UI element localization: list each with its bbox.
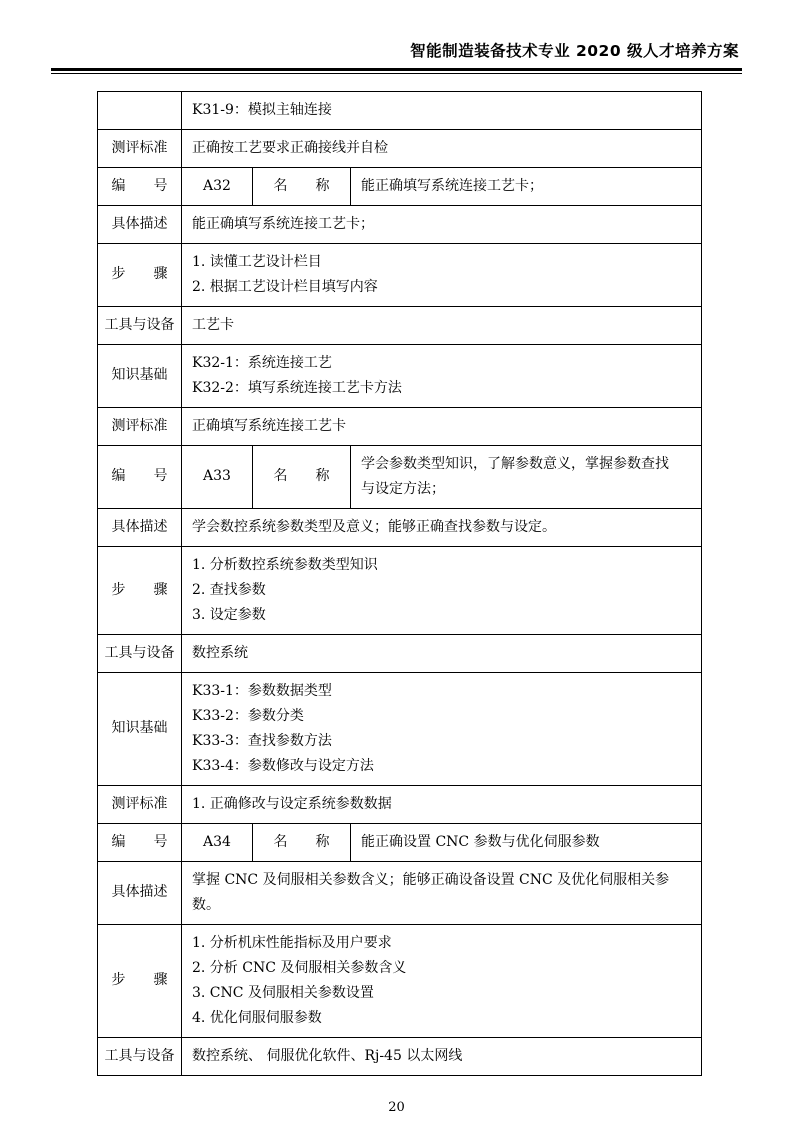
table-row: 具体描述能正确填写系统连接工艺卡；	[98, 205, 702, 243]
name-label: 名 称	[253, 167, 351, 205]
text-line: 2. 根据工艺设计栏目填写内容	[192, 275, 681, 300]
row-content: 1. 读懂工艺设计栏目2. 根据工艺设计栏目填写内容	[182, 243, 702, 306]
row-label: 具体描述	[98, 508, 182, 546]
row-label: 工具与设备	[98, 306, 182, 344]
row-content: 1. 分析数控系统参数类型知识2. 查找参数3. 设定参数	[182, 546, 702, 634]
table-row: 测评标准正确按工艺要求正确接线并自检	[98, 129, 702, 167]
name-label: 名 称	[253, 823, 351, 861]
task-name: 能正确填写系统连接工艺卡；	[351, 167, 702, 205]
row-content: K31-9：模拟主轴连接	[182, 91, 702, 129]
text-line: K33-1：参数数据类型	[192, 679, 681, 704]
row-label: 测评标准	[98, 407, 182, 445]
row-label: 编 号	[98, 823, 182, 861]
row-content: 正确按工艺要求正确接线并自检	[182, 129, 702, 167]
table-row: 知识基础K33-1：参数数据类型K33-2：参数分类K33-3：查找参数方法K3…	[98, 672, 702, 785]
text-line: K33-3：查找参数方法	[192, 729, 681, 754]
table-row: 编 号A34名 称能正确设置 CNC 参数与优化伺服参数	[98, 823, 702, 861]
table-row: 步 骤1. 读懂工艺设计栏目2. 根据工艺设计栏目填写内容	[98, 243, 702, 306]
text-line: K31-9：模拟主轴连接	[192, 98, 681, 123]
row-label: 具体描述	[98, 861, 182, 924]
header-rule-thin-line	[51, 73, 742, 74]
table-row: 步 骤1. 分析机床性能指标及用户要求2. 分析 CNC 及伺服相关参数含义3.…	[98, 924, 702, 1037]
text-line: 能正确填写系统连接工艺卡；	[192, 212, 681, 237]
row-content: 学会数控系统参数类型及意义；能够正确查找参数与设定。	[182, 508, 702, 546]
text-line: 1. 分析数控系统参数类型知识	[192, 553, 681, 578]
table-row: 具体描述学会数控系统参数类型及意义；能够正确查找参数与设定。	[98, 508, 702, 546]
text-line: K32-2：填写系统连接工艺卡方法	[192, 376, 681, 401]
page-header: 智能制造装备技术专业 2020 级人才培养方案	[0, 0, 793, 74]
table-row: 具体描述掌握 CNC 及伺服相关参数含义；能够正确设备设置 CNC 及优化伺服相…	[98, 861, 702, 924]
text-line: 学会参数类型知识，了解参数意义，掌握参数查找与设定方法；	[361, 452, 681, 502]
table-row: 步 骤1. 分析数控系统参数类型知识2. 查找参数3. 设定参数	[98, 546, 702, 634]
row-content: 工艺卡	[182, 306, 702, 344]
table-row: 工具与设备工艺卡	[98, 306, 702, 344]
row-label: 步 骤	[98, 243, 182, 306]
row-label: 编 号	[98, 445, 182, 508]
header-title: 智能制造装备技术专业 2020 级人才培养方案	[0, 42, 739, 60]
text-line: K33-2：参数分类	[192, 704, 681, 729]
text-line: 4. 优化伺服伺服参数	[192, 1006, 681, 1031]
text-line: 数控系统、 伺服优化软件、Rj-45 以太网线	[192, 1044, 681, 1069]
row-label: 步 骤	[98, 924, 182, 1037]
table-row: K31-9：模拟主轴连接	[98, 91, 702, 129]
row-content: 1. 正确修改与设定系统参数数据	[182, 785, 702, 823]
text-line: 2. 查找参数	[192, 578, 681, 603]
page-number: 20	[0, 1100, 793, 1115]
text-line: 掌握 CNC 及伺服相关参数含义；能够正确设备设置 CNC 及优化伺服相关参数。	[192, 868, 681, 918]
row-content: 1. 分析机床性能指标及用户要求2. 分析 CNC 及伺服相关参数含义3. CN…	[182, 924, 702, 1037]
text-line: 学会数控系统参数类型及意义；能够正确查找参数与设定。	[192, 515, 681, 540]
text-line: 1. 正确修改与设定系统参数数据	[192, 792, 681, 817]
table-row: 工具与设备数控系统	[98, 634, 702, 672]
row-content: 能正确填写系统连接工艺卡；	[182, 205, 702, 243]
task-code: A32	[182, 167, 253, 205]
table-row: 工具与设备数控系统、 伺服优化软件、Rj-45 以太网线	[98, 1037, 702, 1075]
text-line: K33-4：参数修改与设定方法	[192, 754, 681, 779]
row-label: 测评标准	[98, 785, 182, 823]
row-label: 步 骤	[98, 546, 182, 634]
task-name: 学会参数类型知识，了解参数意义，掌握参数查找与设定方法；	[351, 445, 702, 508]
text-line: 1. 读懂工艺设计栏目	[192, 250, 681, 275]
row-content: 掌握 CNC 及伺服相关参数含义；能够正确设备设置 CNC 及优化伺服相关参数。	[182, 861, 702, 924]
training-task-table-body: K31-9：模拟主轴连接测评标准正确按工艺要求正确接线并自检编 号A32名 称能…	[98, 91, 702, 1075]
row-content: 数控系统、 伺服优化软件、Rj-45 以太网线	[182, 1037, 702, 1075]
text-line: 1. 分析机床性能指标及用户要求	[192, 931, 681, 956]
task-code: A33	[182, 445, 253, 508]
text-line: 能正确设置 CNC 参数与优化伺服参数	[361, 830, 681, 855]
row-label: 测评标准	[98, 129, 182, 167]
text-line: 正确填写系统连接工艺卡	[192, 414, 681, 439]
text-line: K32-1：系统连接工艺	[192, 351, 681, 376]
text-line: 正确按工艺要求正确接线并自检	[192, 136, 681, 161]
document-page: 智能制造装备技术专业 2020 级人才培养方案 K31-9：模拟主轴连接测评标准…	[0, 0, 793, 1122]
text-line: 3. 设定参数	[192, 603, 681, 628]
row-content: 数控系统	[182, 634, 702, 672]
task-name: 能正确设置 CNC 参数与优化伺服参数	[351, 823, 702, 861]
table-row: 测评标准1. 正确修改与设定系统参数数据	[98, 785, 702, 823]
row-label: 知识基础	[98, 672, 182, 785]
text-line: 工艺卡	[192, 313, 681, 338]
text-line: 3. CNC 及伺服相关参数设置	[192, 981, 681, 1006]
row-label: 编 号	[98, 167, 182, 205]
row-label: 工具与设备	[98, 1037, 182, 1075]
row-label: 知识基础	[98, 344, 182, 407]
row-label: 工具与设备	[98, 634, 182, 672]
table-row: 编 号A32名 称能正确填写系统连接工艺卡；	[98, 167, 702, 205]
text-line: 能正确填写系统连接工艺卡；	[361, 174, 681, 199]
row-content: 正确填写系统连接工艺卡	[182, 407, 702, 445]
name-label: 名 称	[253, 445, 351, 508]
row-content: K33-1：参数数据类型K33-2：参数分类K33-3：查找参数方法K33-4：…	[182, 672, 702, 785]
text-line: 2. 分析 CNC 及伺服相关参数含义	[192, 956, 681, 981]
table-row: 知识基础K32-1：系统连接工艺K32-2：填写系统连接工艺卡方法	[98, 344, 702, 407]
row-label: 具体描述	[98, 205, 182, 243]
row-label	[98, 91, 182, 129]
text-line: 数控系统	[192, 641, 681, 666]
header-rule	[51, 68, 742, 74]
table-row: 测评标准正确填写系统连接工艺卡	[98, 407, 702, 445]
table-row: 编 号A33名 称学会参数类型知识，了解参数意义，掌握参数查找与设定方法；	[98, 445, 702, 508]
task-code: A34	[182, 823, 253, 861]
row-content: K32-1：系统连接工艺K32-2：填写系统连接工艺卡方法	[182, 344, 702, 407]
training-task-table: K31-9：模拟主轴连接测评标准正确按工艺要求正确接线并自检编 号A32名 称能…	[97, 91, 702, 1076]
